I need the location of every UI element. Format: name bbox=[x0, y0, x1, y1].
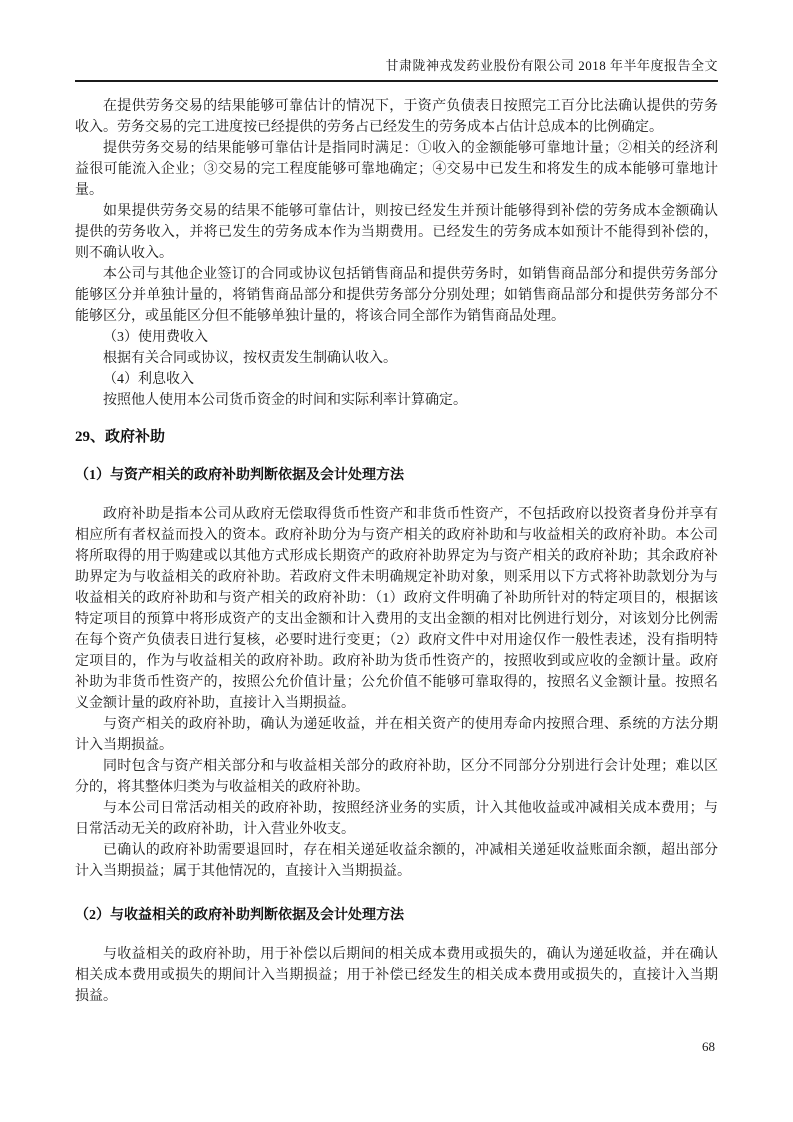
section-heading-government-grants: 29、政府补助 bbox=[75, 427, 718, 448]
paragraph-labor-revenue-method: 在提供劳务交易的结果能够可靠估计的情况下，于资产负债表日按照完工百分比法确认提供… bbox=[75, 96, 718, 138]
paragraph-grant-definition: 政府补助是指本公司从政府无偿取得货币性资产和非货币性资产，不包括政府以投资者身份… bbox=[75, 504, 718, 714]
paragraph-asset-grant-deferred-income: 与资产相关的政府补助，确认为递延收益，并在相关资产的使用寿命内按照合理、系统的方… bbox=[75, 714, 718, 756]
page-number: 68 bbox=[702, 1039, 715, 1055]
report-header-title: 甘肃陇神戎发药业股份有限公司 2018 年半年度报告全文 bbox=[75, 55, 718, 82]
paragraph-labor-revenue-unreliable: 如果提供劳务交易的结果不能够可靠估计，则按已经发生并预计能够得到补偿的劳务成本金… bbox=[75, 201, 718, 264]
report-page: 甘肃陇神戎发药业股份有限公司 2018 年半年度报告全文 在提供劳务交易的结果能… bbox=[0, 0, 793, 1122]
subsection-heading-income-related-grants: （2）与收益相关的政府补助判断依据及会计处理方法 bbox=[75, 905, 718, 926]
paragraph-daily-activity-grants: 与本公司日常活动相关的政府补助，按照经济业务的实质，计入其他收益或冲减相关成本费… bbox=[75, 798, 718, 840]
paragraph-labor-revenue-conditions: 提供劳务交易的结果能够可靠估计是指同时满足：①收入的金额能够可靠地计量；②相关的… bbox=[75, 138, 718, 201]
item-interest-income-label: （4）利息收入 bbox=[75, 369, 718, 390]
item-royalty-income-label: （3）使用费收入 bbox=[75, 327, 718, 348]
paragraph-interest-income-method: 按照他人使用本公司货币资金的时间和实际利率计算确定。 bbox=[75, 390, 718, 411]
paragraph-mixed-contract-treatment: 本公司与其他企业签订的合同或协议包括销售商品和提供劳务时，如销售商品部分和提供劳… bbox=[75, 264, 718, 327]
paragraph-mixed-grant-classification: 同时包含与资产相关部分和与收益相关部分的政府补助，区分不同部分分别进行会计处理；… bbox=[75, 756, 718, 798]
paragraph-royalty-income-method: 根据有关合同或协议，按权责发生制确认收入。 bbox=[75, 348, 718, 369]
page-header: 甘肃陇神戎发药业股份有限公司 2018 年半年度报告全文 bbox=[75, 0, 718, 82]
paragraph-income-grant-treatment: 与收益相关的政府补助，用于补偿以后期间的相关成本费用或损失的，确认为递延收益，并… bbox=[75, 944, 718, 1007]
document-body: 在提供劳务交易的结果能够可靠估计的情况下，于资产负债表日按照完工百分比法确认提供… bbox=[75, 96, 718, 1007]
subsection-heading-asset-related-grants: （1）与资产相关的政府补助判断依据及会计处理方法 bbox=[75, 465, 718, 486]
paragraph-grant-refund-treatment: 已确认的政府补助需要退回时，存在相关递延收益余额的，冲减相关递延收益账面余额，超… bbox=[75, 840, 718, 882]
